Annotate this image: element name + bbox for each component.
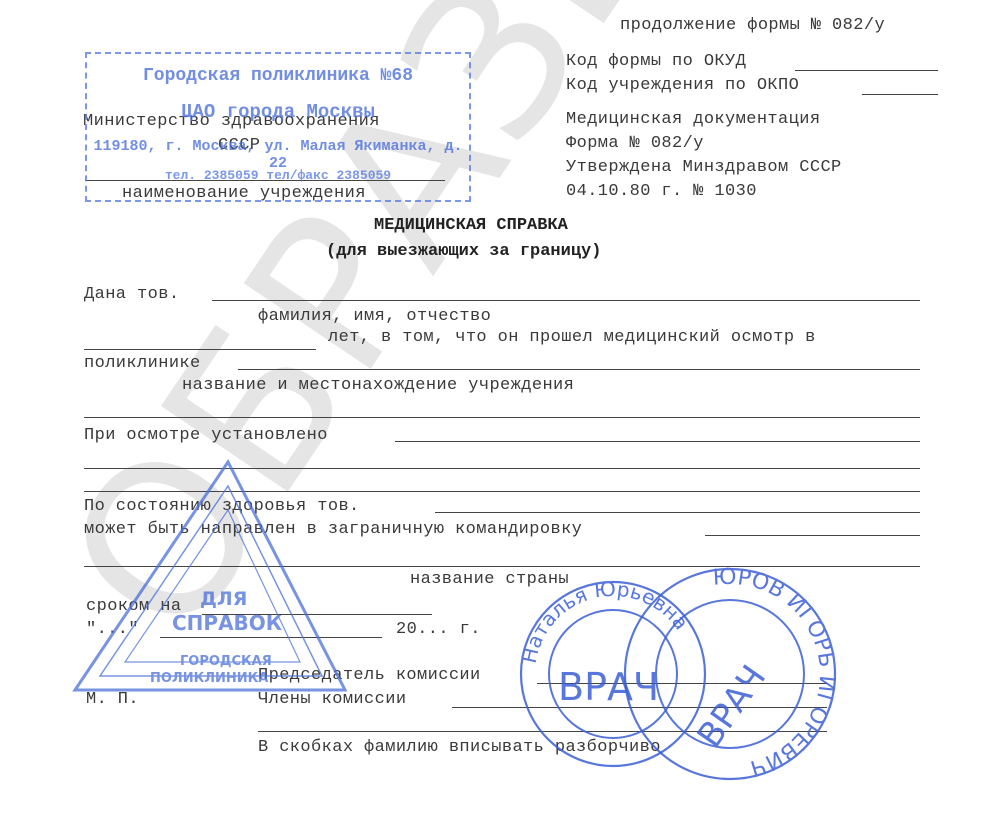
- trip-label: может быть направлен в заграничную коман…: [84, 520, 582, 540]
- exam-field-3[interactable]: [84, 491, 920, 492]
- okud-label: Код формы по ОКУД: [566, 52, 746, 72]
- health-label: По состоянию здоровья тов.: [84, 497, 360, 517]
- date-month-field[interactable]: [160, 637, 382, 638]
- country-field[interactable]: [84, 566, 920, 567]
- fio-field[interactable]: [212, 300, 920, 301]
- mp-label: М. П.: [86, 690, 139, 710]
- year-text: 20... г.: [396, 620, 481, 640]
- chairman-label: Председатель комиссии: [258, 666, 481, 686]
- exam-field-2[interactable]: [84, 468, 920, 469]
- term-field[interactable]: [202, 614, 432, 615]
- okpo-label: Код учреждения по ОКПО: [566, 76, 799, 96]
- given-to-label: Дана тов.: [84, 285, 179, 305]
- members-field-2[interactable]: [258, 731, 827, 732]
- clinic-stamp-name: Городская поликлиника №68: [87, 66, 469, 86]
- trip-field[interactable]: [705, 535, 920, 536]
- clinic-stamp-district: ЦАО города Москвы: [87, 101, 469, 123]
- approved-date: 04.10.80 г. № 1030: [566, 182, 757, 202]
- members-field-1[interactable]: [452, 707, 827, 708]
- clinic-stamp: Городская поликлиника №68 ЦАО города Мос…: [85, 52, 471, 202]
- exam-label: При осмотре установлено: [84, 426, 328, 446]
- years-text: лет, в том, что он прошел медицинский ос…: [328, 328, 816, 348]
- med-documentation: Медицинская документация: [566, 110, 820, 130]
- document-title: МЕДИЦИНСКАЯ СПРАВКА: [374, 216, 568, 235]
- fio-caption: фамилия, имя, отчество: [258, 307, 491, 327]
- health-name-field[interactable]: [435, 512, 920, 513]
- country-caption: название страны: [410, 570, 569, 590]
- clinic-caption: название и местонахождение учреждения: [182, 376, 574, 396]
- age-field[interactable]: [84, 349, 316, 350]
- clinic-stamp-phone: тел. 2385059 тел/факс 2385059: [87, 168, 469, 183]
- clinic-field-2[interactable]: [84, 417, 920, 418]
- okpo-field[interactable]: [862, 94, 938, 95]
- legible-note: В скобках фамилию вписывать разборчиво: [258, 738, 661, 758]
- clinic-stamp-address: 119180, г. Москва, ул. Малая Якиманка, д…: [87, 138, 469, 172]
- form-continuation: продолжение формы № 082/у: [620, 16, 885, 36]
- chairman-field[interactable]: [537, 683, 827, 684]
- approved-by: Утверждена Минздравом СССР: [566, 158, 842, 178]
- members-label: Члены комиссии: [258, 690, 406, 710]
- clinic-label: поликлинике: [84, 354, 201, 374]
- form-number: Форма № 082/у: [566, 134, 704, 154]
- document-subtitle: (для выезжающих за границу): [326, 242, 601, 261]
- term-label: сроком на: [86, 597, 181, 617]
- okud-field[interactable]: [795, 70, 938, 71]
- clinic-field[interactable]: [238, 369, 920, 370]
- date-day-field[interactable]: "...": [86, 620, 139, 640]
- exam-field-1[interactable]: [395, 441, 920, 442]
